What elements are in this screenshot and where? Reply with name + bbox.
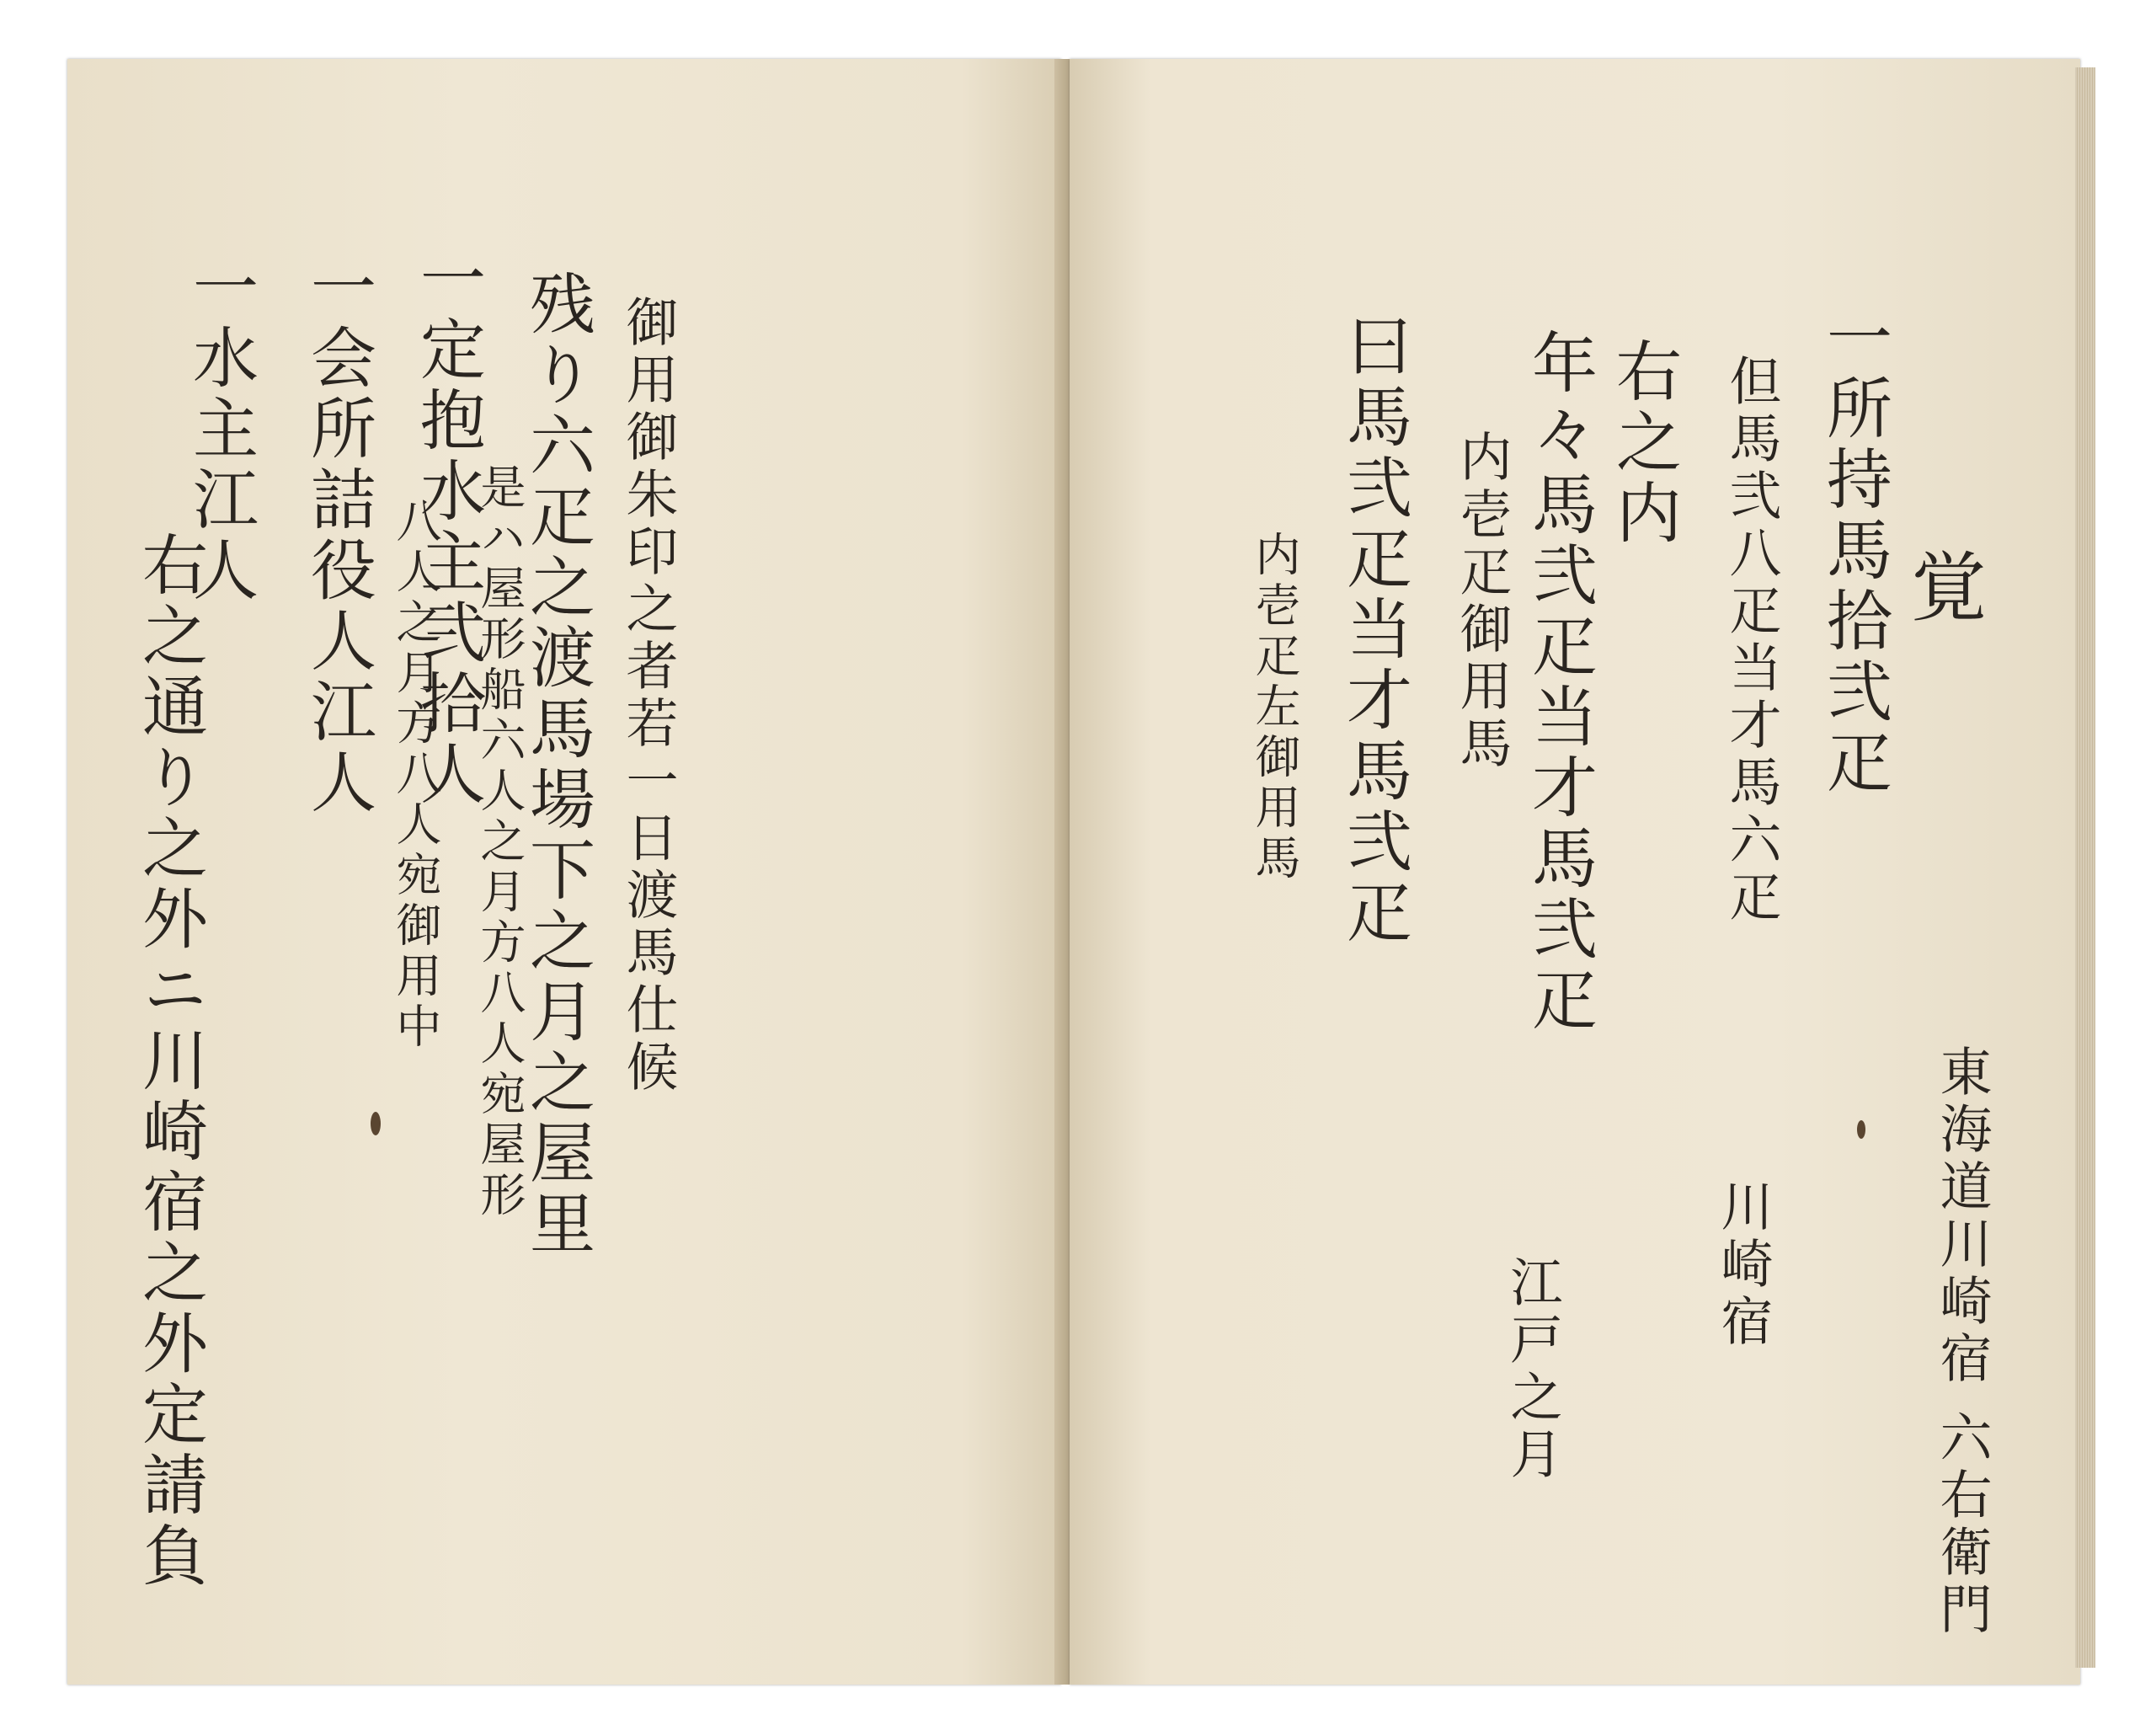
text-column: 右之通り之外ニ川崎宿之外定請負 bbox=[136, 531, 202, 1592]
text-column: 内壱疋左御用馬 bbox=[1251, 531, 1297, 884]
text-column: 但馬弐八疋当才馬六疋 bbox=[1725, 354, 1777, 927]
ink-stain bbox=[371, 1112, 381, 1135]
text-column: 内壱疋御用馬 bbox=[1455, 430, 1508, 773]
signature: 川崎宿 bbox=[1716, 1179, 1769, 1351]
ink-stain bbox=[1857, 1120, 1865, 1139]
text-column: 御用御朱印之者若一日渡馬仕候 bbox=[622, 295, 674, 1097]
text-column: 残り六疋之渡馬場下之月之屋里 bbox=[524, 270, 590, 1260]
text-column: 一会所詰役人江人 bbox=[305, 253, 371, 819]
right-page: 覚 一所持馬拾弐疋 但馬弐八疋当才馬六疋 右之内 年々馬弐疋当才馬弐疋 内壱疋御… bbox=[1070, 59, 2080, 1685]
text-column: 曰馬弐疋当才馬弐疋 bbox=[1341, 312, 1406, 948]
text-column: 是ハ屋形船六人之月方八人宛屋形 bbox=[477, 463, 522, 1221]
text-column: 一所持馬拾弐疋 bbox=[1821, 303, 1886, 798]
open-book: 残り六疋之渡馬場下之月之屋里 御用御朱印之者若一日渡馬仕候 一定抱水主弐拾人 是… bbox=[67, 59, 2089, 1685]
signature: 江戸之月 bbox=[1506, 1255, 1558, 1484]
left-page: 残り六疋之渡馬場下之月之屋里 御用御朱印之者若一日渡馬仕候 一定抱水主弐拾人 是… bbox=[67, 59, 1061, 1685]
signature: 東海道川崎宿 六右衛門 bbox=[1935, 1044, 1988, 1639]
page-edges bbox=[2075, 67, 2095, 1668]
document-title: 覚 bbox=[1903, 547, 1979, 628]
text-column: 年々馬弐疋当才馬弐疋 bbox=[1526, 328, 1592, 1036]
text-column: 右之内 bbox=[1610, 337, 1676, 549]
text-column: 八人之月方八人宛御用中 bbox=[392, 497, 438, 1053]
